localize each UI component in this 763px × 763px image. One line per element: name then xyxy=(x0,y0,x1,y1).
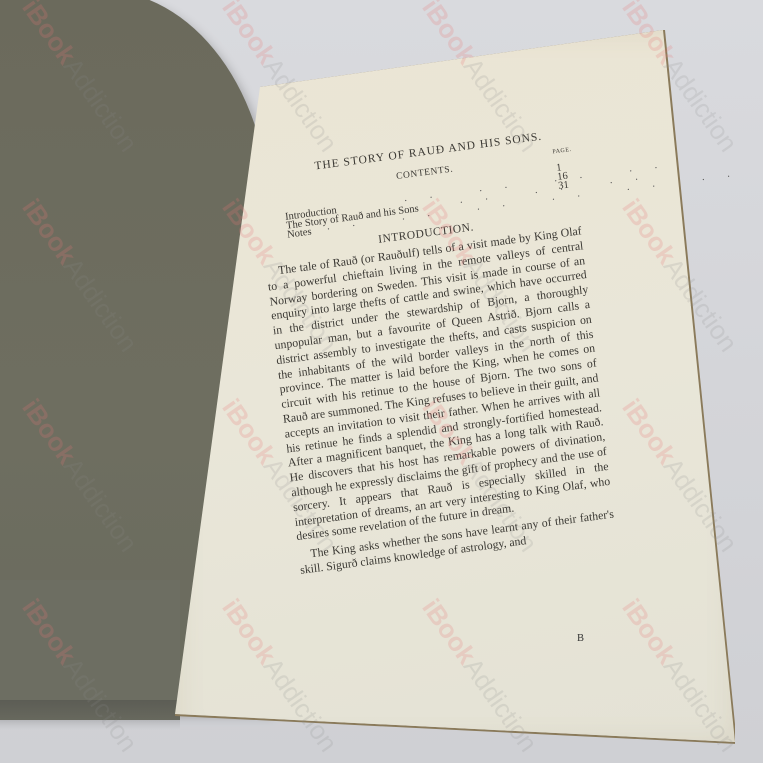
signature-mark: B xyxy=(577,633,584,644)
toc-entry-page: 31 xyxy=(558,180,570,192)
book-cover-lower xyxy=(0,580,180,720)
cover-shadow xyxy=(0,700,180,730)
toc-entry-label: Notes xyxy=(287,227,313,241)
introduction-body: The tale of Rauð (or Rauðulf) tells of a… xyxy=(265,223,616,577)
paragraph: The tale of Rauð (or Rauðulf) tells of a… xyxy=(265,223,612,544)
